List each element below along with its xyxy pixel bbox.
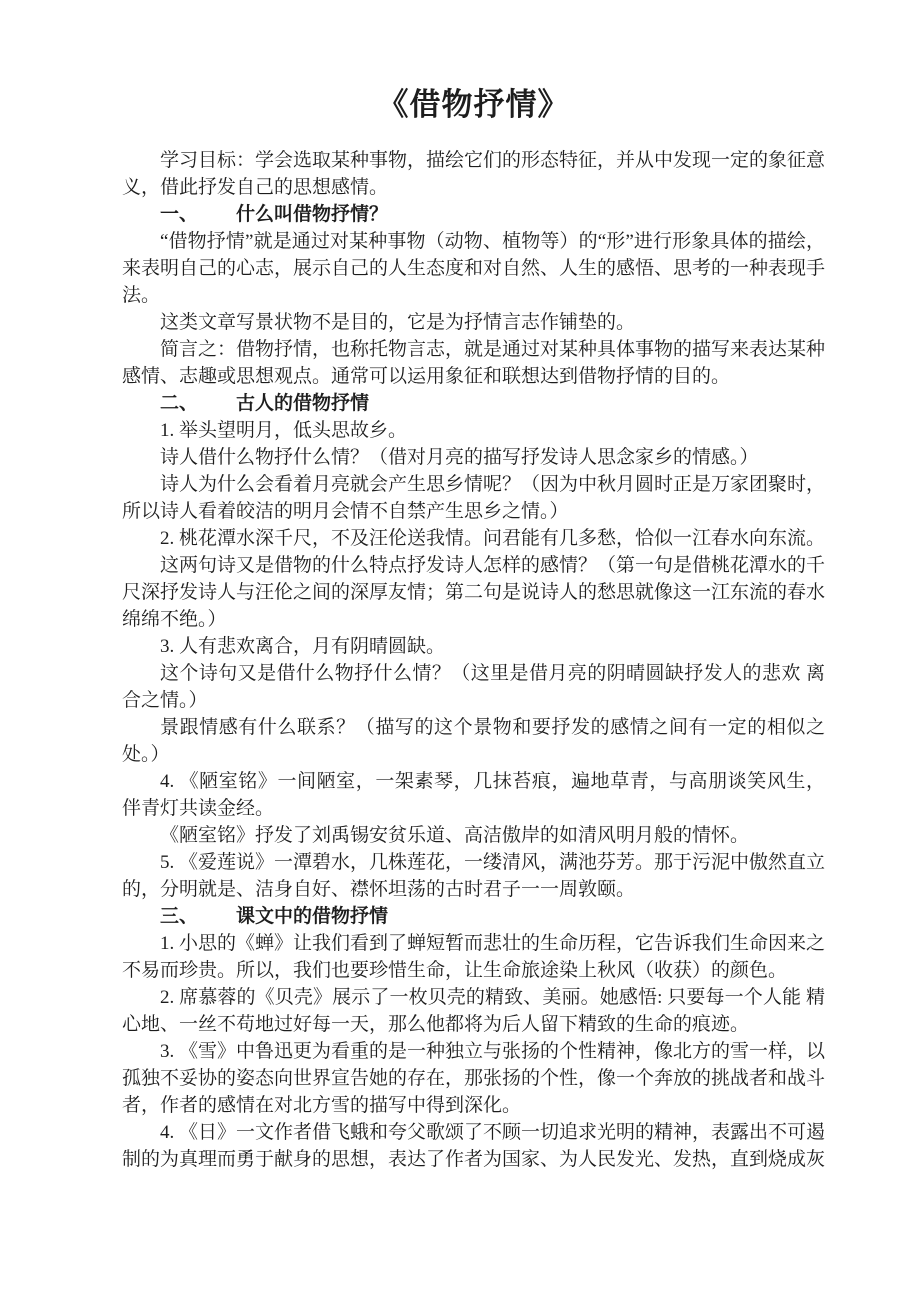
heading-number: 二、 [160,393,198,414]
paragraph: 2. 席慕蓉的《贝壳》展示了一枚贝壳的精致、美丽。她感悟: 只要每一个人能 精心… [122,984,825,1038]
paragraph: 4. 《陋室铭》一间陋室，一架素琴，几抹苔痕，遍地草青，与高朋谈笑风生， 伴青灯… [122,768,825,822]
paragraph: 这类文章写景状物不是目的，它是为抒情言志作铺垫的。 [122,309,825,336]
paragraph: 诗人借什么物抒什么情？（借对月亮的描写抒发诗人思念家乡的情感。） [122,444,825,471]
heading-number: 一、 [160,204,198,225]
heading-text: 什么叫借物抒情？ [236,204,388,225]
paragraph: 2. 桃花潭水深千尺，不及汪伦送我情。问君能有几多愁，恰似一江春水向东流。 [122,525,825,552]
heading-text: 古人的借物抒情 [236,393,369,414]
heading-text: 课文中的借物抒情 [236,906,388,927]
heading-number: 三、 [160,906,198,927]
paragraph: 这个诗句又是借什么物抒什么情？（这里是借月亮的阴晴圆缺抒发人的悲欢 离合之情。） [122,660,825,714]
paragraph: 3. 人有悲欢离合，月有阴晴圆缺。 [122,633,825,660]
document-body: 学习目标：学会选取某种事物，描绘它们的形态特征，并从中发现一定的象征意义，借此抒… [122,147,825,1173]
section-heading: 一、什么叫借物抒情？ [122,201,825,228]
document-page: 《借物抒情》 学习目标：学会选取某种事物，描绘它们的形态特征，并从中发现一定的象… [0,0,920,1302]
paragraph: 简言之：借物抒情，也称托物言志，就是通过对某种具体事物的描写来表达某种感情、志趣… [122,336,825,390]
paragraph: 《陋室铭》抒发了刘禹锡安贫乐道、高洁傲岸的如清风明月般的情怀。 [122,822,825,849]
paragraph: 5. 《爱莲说》一潭碧水，几株莲花，一缕清风，满池芬芳。那于污泥中傲然直立的，分… [122,849,825,903]
document-title: 《借物抒情》 [122,84,825,126]
paragraph: “借物抒情”就是通过对某种事物（动物、植物等）的“形”进行形象具体的描绘，来表明… [122,228,825,309]
paragraph: 1. 小思的《蝉》让我们看到了蝉短暂而悲壮的生命历程，它告诉我们生命因来之不易而… [122,930,825,984]
paragraph: 诗人为什么会看着月亮就会产生思乡情呢？（因为中秋月圆时正是万家团聚时，所以诗人看… [122,471,825,525]
section-heading: 三、课文中的借物抒情 [122,903,825,930]
paragraph: 3. 《雪》中鲁迅更为看重的是一种独立与张扬的个性精神，像北方的雪一样，以孤独不… [122,1038,825,1119]
paragraph: 景跟情感有什么联系？（描写的这个景物和要抒发的感情之间有一定的相似之 处。） [122,714,825,768]
section-heading: 二、古人的借物抒情 [122,390,825,417]
paragraph: 1. 举头望明月，低头思故乡。 [122,417,825,444]
paragraph: 学习目标：学会选取某种事物，描绘它们的形态特征，并从中发现一定的象征意义，借此抒… [122,147,825,201]
paragraph: 4. 《日》一文作者借飞蛾和夸父歌颂了不顾一切追求光明的精神，表露出不可遏制的为… [122,1119,825,1173]
paragraph: 这两句诗又是借物的什么特点抒发诗人怎样的感情？（第一句是借桃花潭水的千尺深抒发诗… [122,552,825,633]
